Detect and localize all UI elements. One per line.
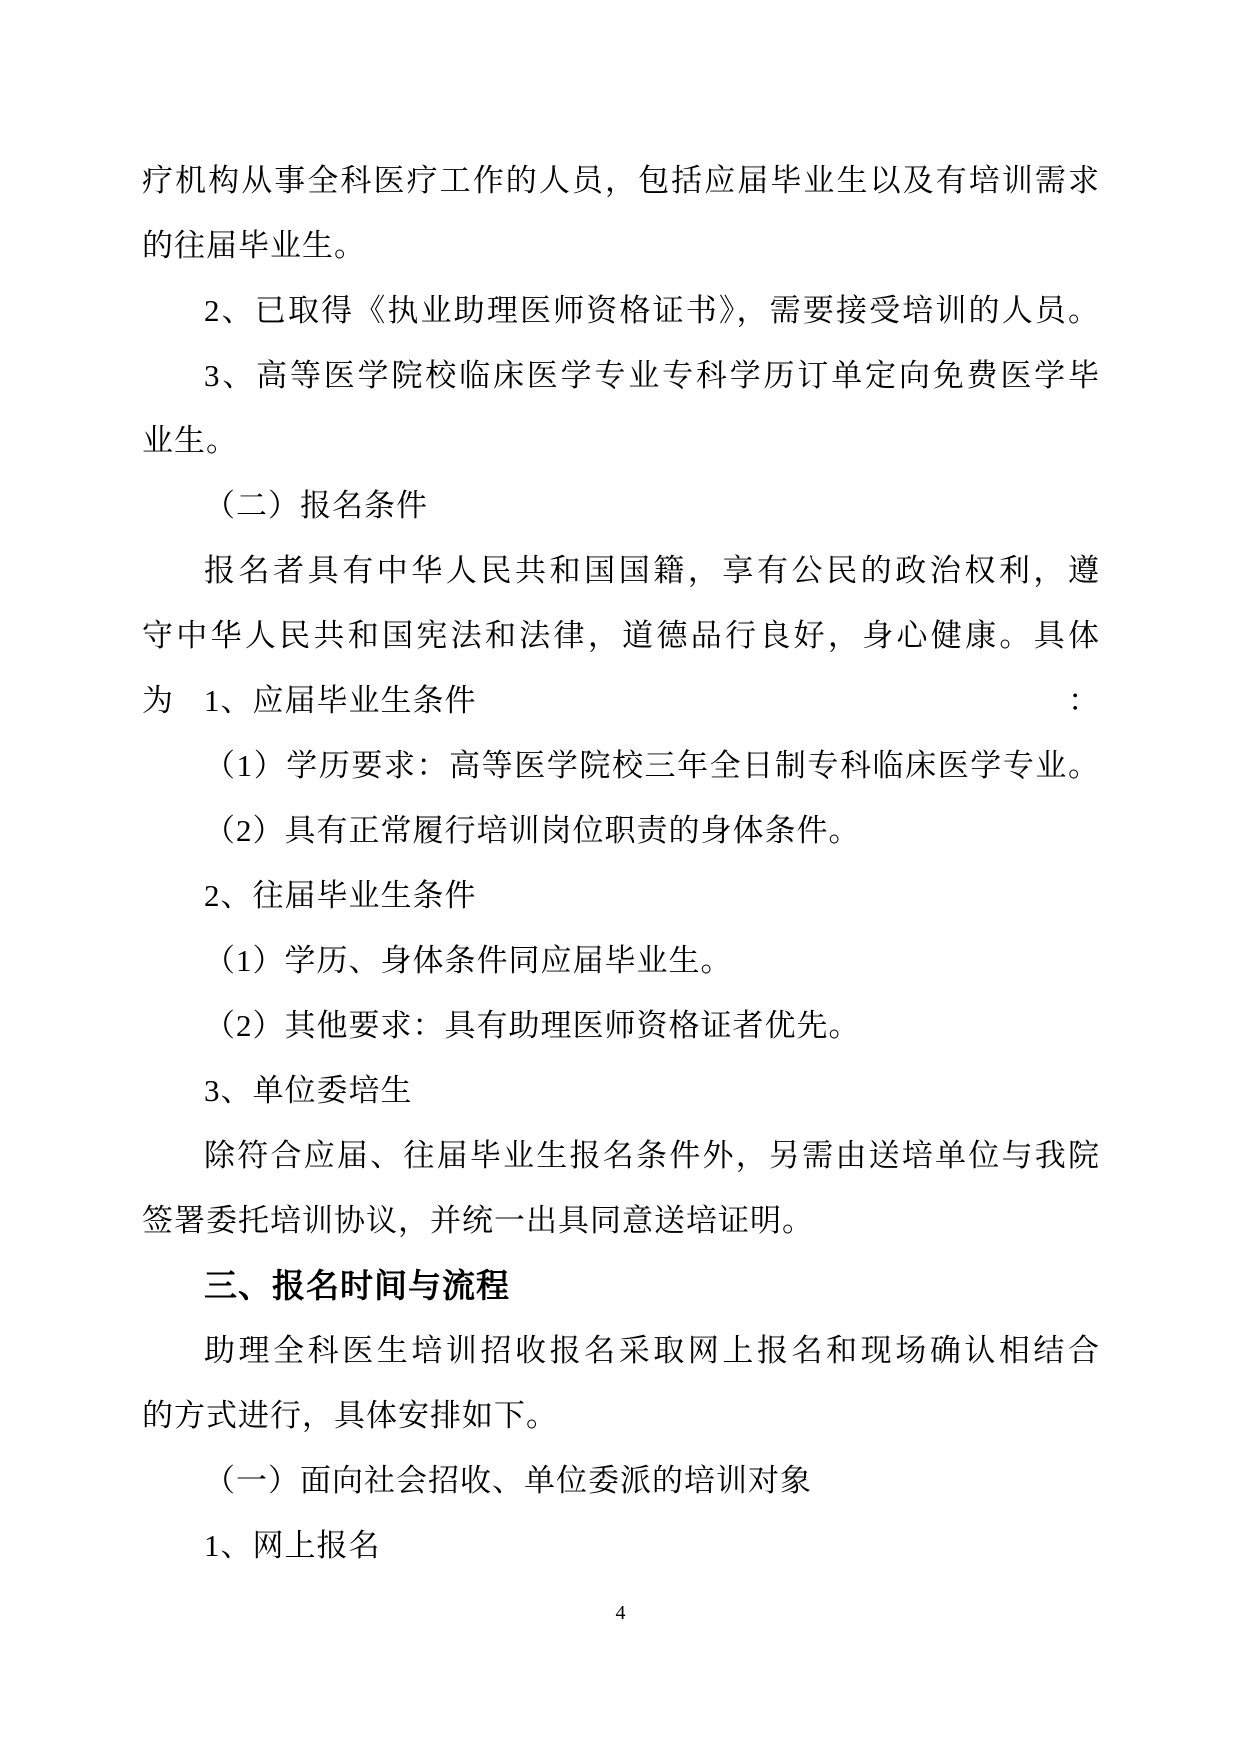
text-line: 3、单位委培生 [142, 1058, 1100, 1123]
text-line: 报名者具有中华人民共和国国籍，享有公民的政治权利，遵 [142, 538, 1100, 603]
text-line: 业生。 [142, 408, 1100, 473]
text-line: 的方式进行，具体安排如下。 [142, 1383, 1100, 1448]
subsection-heading: （二）报名条件 [142, 473, 1100, 538]
text-line: 2、往届毕业生条件 [142, 863, 1100, 928]
text-line: 守中华人民共和国宪法和法律，道德品行良好，身心健康。具体为： [142, 603, 1100, 668]
text-line: 1、网上报名 [142, 1513, 1100, 1578]
page-number: 4 [0, 1598, 1241, 1628]
text-line: 除符合应届、往届毕业生报名条件外，另需由送培单位与我院 [142, 1123, 1100, 1188]
text-line: 助理全科医生培训招收报名采取网上报名和现场确认相结合 [142, 1318, 1100, 1383]
text-line: 3、高等医学院校临床医学专业专科学历订单定向免费医学毕 [142, 343, 1100, 408]
text-line: （1）学历要求：高等医学院校三年全日制专科临床医学专业。 [142, 733, 1100, 798]
text-line: 的往届毕业生。 [142, 213, 1100, 278]
text-line: 疗机构从事全科医疗工作的人员，包括应届毕业生以及有培训需求 [142, 148, 1100, 213]
document-body: 疗机构从事全科医疗工作的人员，包括应届毕业生以及有培训需求 的往届毕业生。 2、… [142, 148, 1100, 1578]
document-page: 疗机构从事全科医疗工作的人员，包括应届毕业生以及有培训需求 的往届毕业生。 2、… [0, 0, 1241, 1754]
subsection-heading: （一）面向社会招收、单位委派的培训对象 [142, 1448, 1100, 1513]
text-line: （1）学历、身体条件同应届毕业生。 [142, 928, 1100, 993]
text-line: （2）其他要求：具有助理医师资格证者优先。 [142, 993, 1100, 1058]
text-line: （2）具有正常履行培训岗位职责的身体条件。 [142, 798, 1100, 863]
section-heading: 三、报名时间与流程 [142, 1253, 1100, 1318]
text-line: 2、已取得《执业助理医师资格证书》，需要接受培训的人员。 [142, 278, 1100, 343]
text-line: 签署委托培训协议，并统一出具同意送培证明。 [142, 1188, 1100, 1253]
